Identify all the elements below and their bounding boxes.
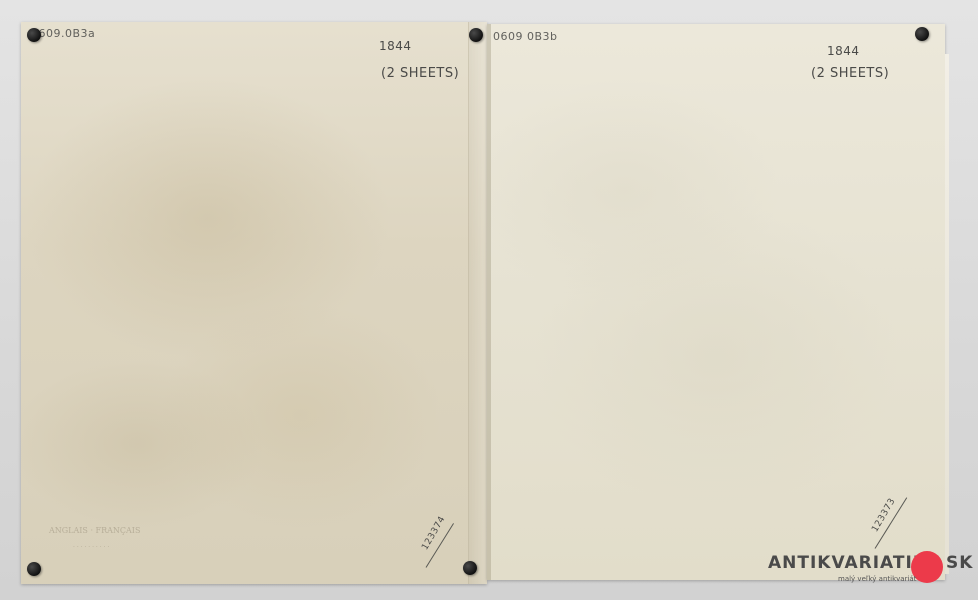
left-sheet: 0609.0B3a 1844 (2 SHEETS) ANGLAIS · FRAN… [21, 22, 487, 584]
right-sheets-note: (2 SHEETS) [811, 66, 889, 81]
right-ref-code: 0609 0B3b [493, 30, 558, 43]
left-inventory-number: 123374 [420, 515, 447, 552]
pin-icon-top-middle [469, 28, 483, 42]
watermark-brand: ANTIKVARIATIK [768, 553, 927, 573]
left-year-note: 1844 [379, 39, 412, 53]
right-sheet: 0609 0B3b 1844 (2 SHEETS) 123373 [487, 24, 945, 580]
left-sheets-note: (2 SHEETS) [381, 66, 459, 81]
watermark-tagline: malý veľký antikvariát [838, 575, 916, 583]
pin-icon-bottom-left [27, 562, 41, 576]
watermark-tld: SK [946, 553, 973, 573]
left-printed-imprint-sub: · · · · · · · · · · [73, 544, 109, 551]
pin-icon-bottom-middle [463, 561, 477, 575]
left-printed-imprint: ANGLAIS · FRANÇAIS [49, 526, 140, 535]
right-year-note: 1844 [827, 44, 860, 58]
pin-icon-top-right [915, 27, 929, 41]
antikvariatik-watermark: ANTIKVARIATIK SK malý veľký antikvariát [768, 553, 978, 593]
pin-icon-top-left [27, 28, 41, 42]
